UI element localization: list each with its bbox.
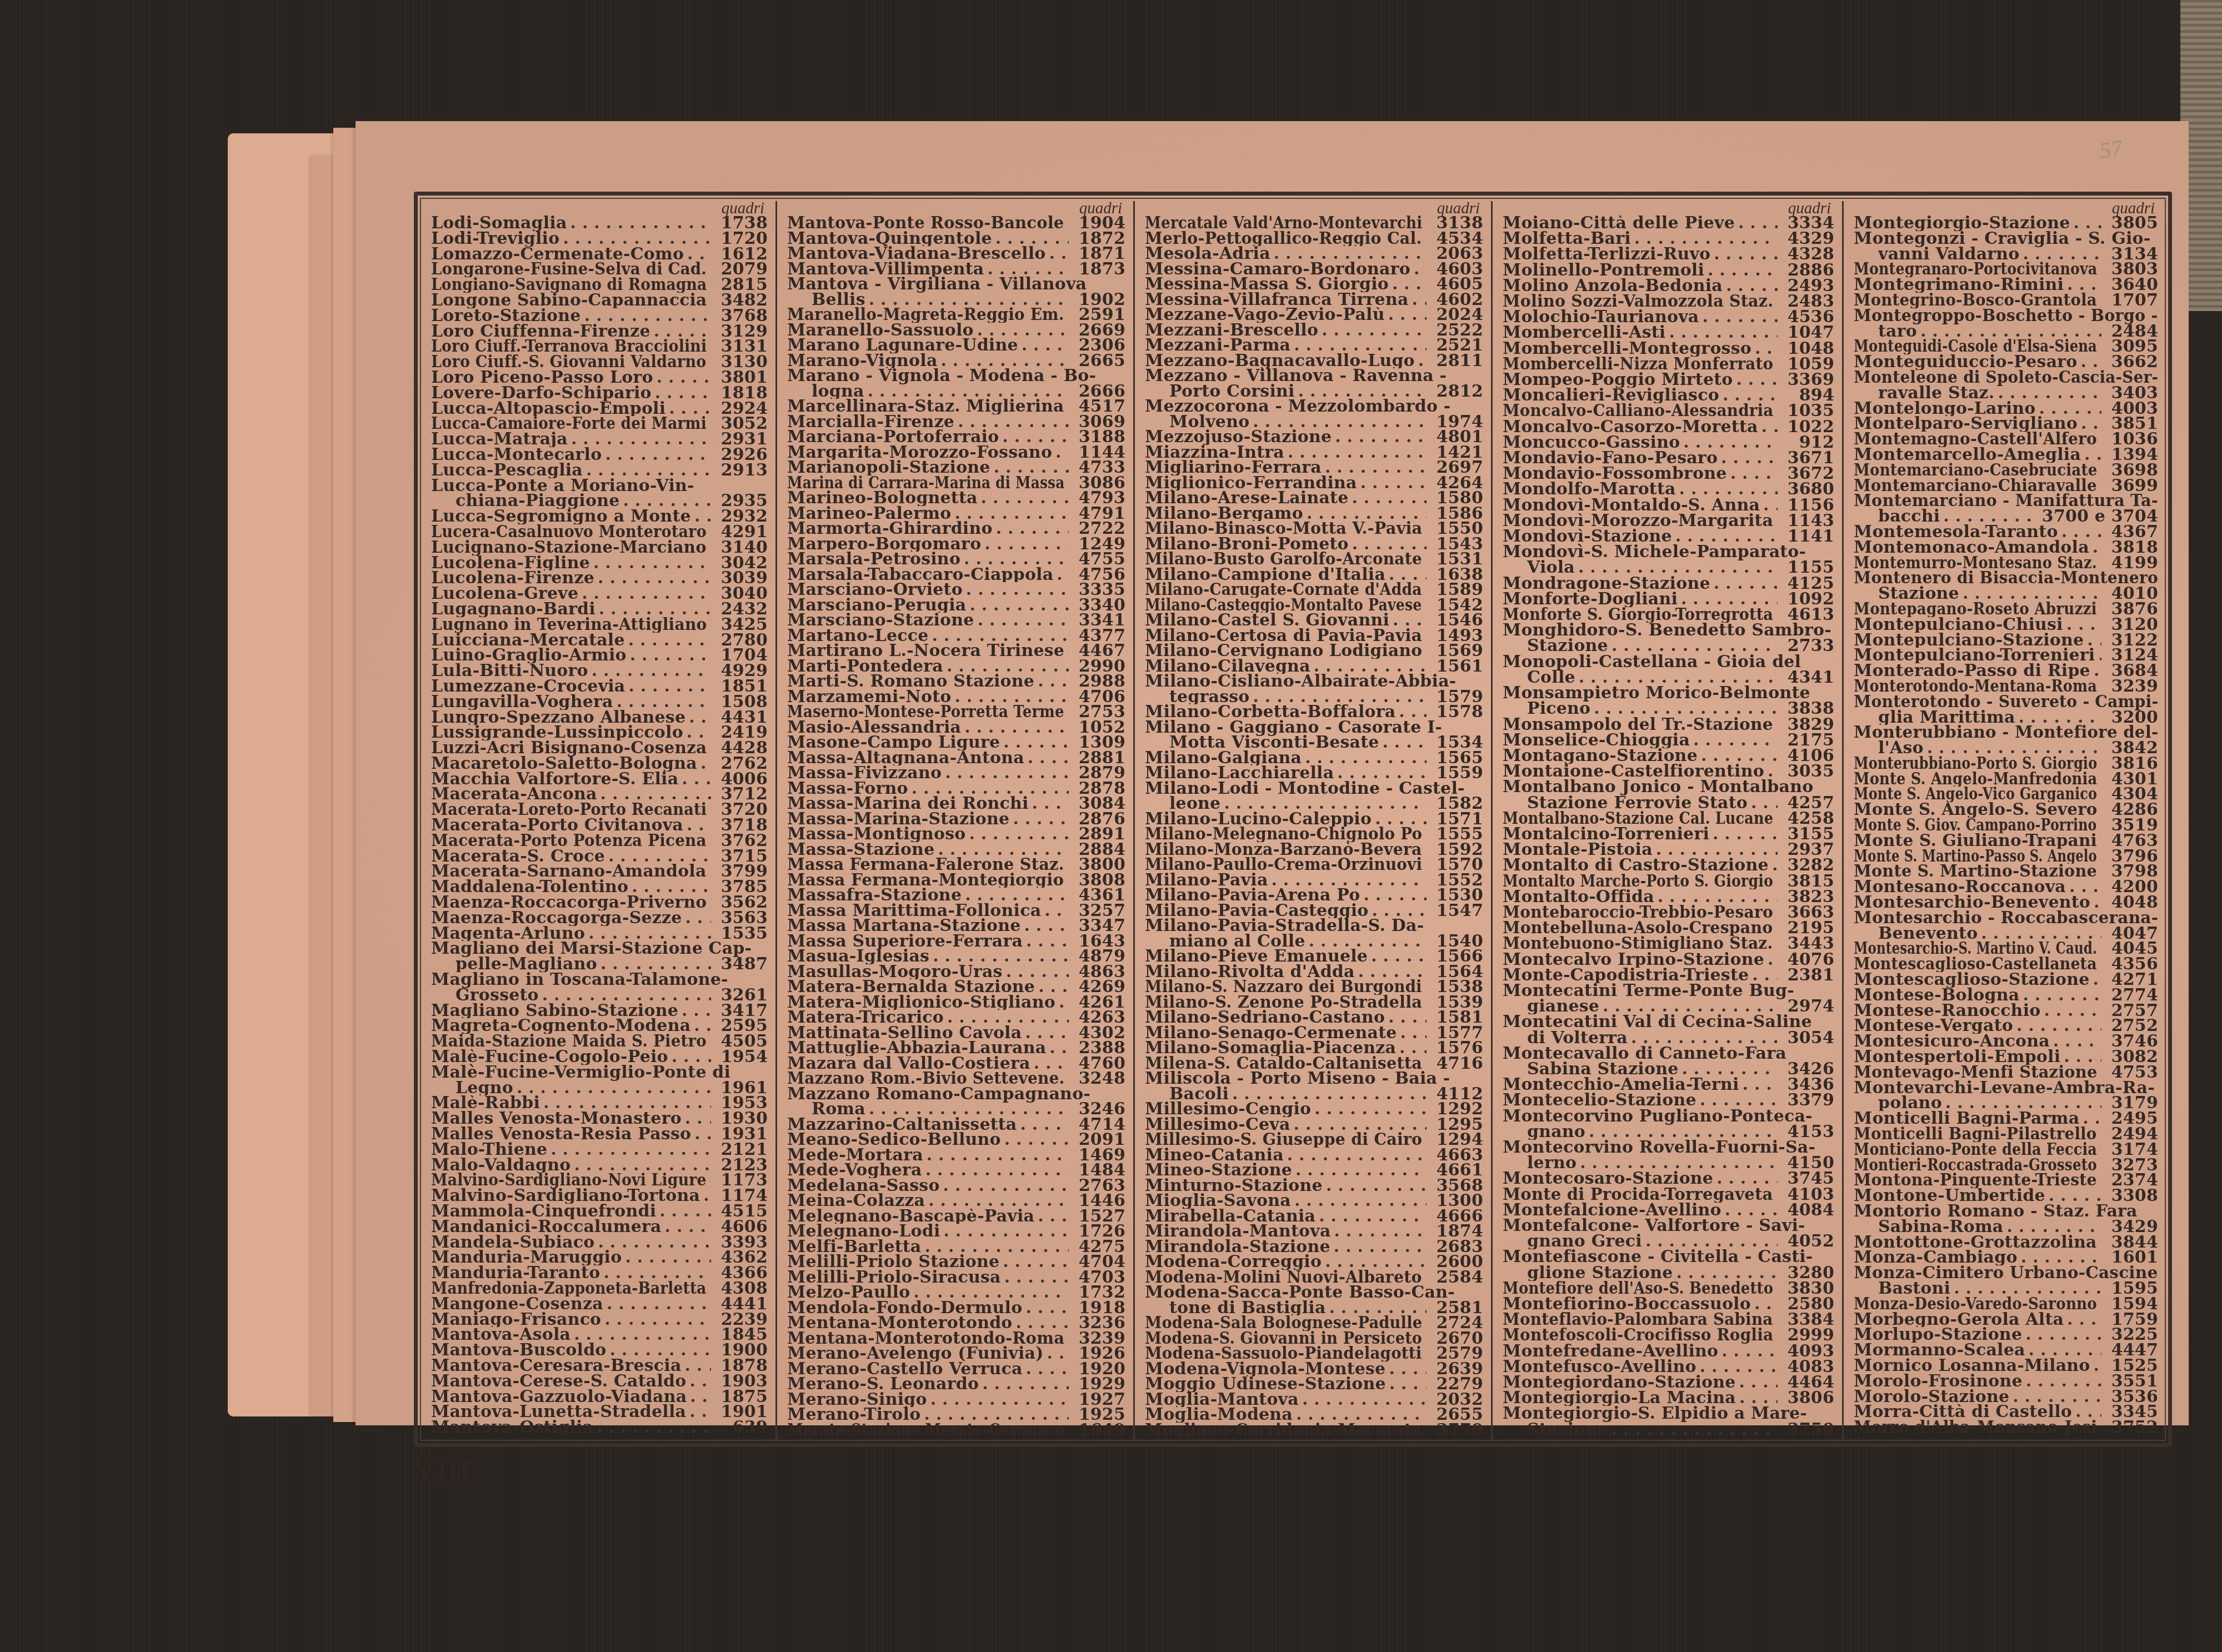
leader-dots [625, 1250, 711, 1265]
station-name: Marciana-Portoferraio [787, 429, 999, 445]
index-entry: Mede-Mortara1469 [787, 1148, 1125, 1163]
leader-dots [1701, 748, 1778, 764]
leader-dots [1232, 1087, 1427, 1102]
station-name: Mezzojuso-Stazione [1145, 429, 1332, 445]
leader-dots [924, 1239, 1069, 1255]
station-name-continued: miano al Colle [1169, 934, 1305, 949]
station-name: Malles Venosta-Resia Passo [431, 1127, 691, 1142]
index-entry: Luicciana-Mercatale2780 [431, 633, 768, 648]
leader-dots [1003, 1254, 1069, 1270]
station-name: Lucignano-Stazione-Marciano [431, 540, 707, 555]
leader-dots [2026, 1374, 2101, 1389]
index-entry: Lucolena-Firenze3039 [431, 570, 768, 586]
index-entry: Milano-Senago-Cermenate1577 [1145, 1025, 1483, 1041]
station-name: Malè-Rabbi [431, 1095, 540, 1111]
index-entry: Lucca-Montecarlo2926 [431, 447, 768, 463]
index-entry: Montefredane-Avellino4093 [1503, 1344, 1834, 1359]
index-entry: Modena-Sacca-Ponte Basso-Can- [1145, 1285, 1483, 1300]
index-entry: Lucca-Segromigno a Monte2932 [431, 509, 768, 524]
index-entry: Lumezzane-Crocevia1851 [431, 679, 768, 694]
station-name: Milano-Monza-Barzanò-Bevera [1145, 842, 1422, 858]
station-name: Martano-Lecce [787, 628, 928, 644]
index-entry: Montegroppo-Boschetto - Borgo - [1854, 308, 2158, 324]
index-entry: Massa Fermana-Montegiorgio3808 [787, 873, 1125, 888]
station-name: Mandela-Subiaco [431, 1235, 594, 1250]
leader-dots [623, 493, 711, 509]
index-entry: Mantova-Lunetta-Stradella1901 [431, 1404, 768, 1420]
station-name-continued: Stazione Ferrovie Stato [1527, 795, 1748, 811]
station-name: Marti-Pontedera [787, 659, 943, 674]
leader-dots [1003, 735, 1069, 750]
leader-dots [1352, 537, 1427, 552]
station-name: Manfredonia-Zapponeta-Barletta [431, 1281, 707, 1296]
leader-dots [1425, 521, 1427, 537]
leader-dots [1920, 324, 2101, 339]
station-name-continued: logna [812, 384, 864, 399]
index-entry: Montecavallo di Canneto-Fara [1503, 1046, 1834, 1062]
index-entry: Montecosaro-Stazione3745 [1503, 1171, 1834, 1187]
station-name: Lugagnano-Bardi [431, 602, 595, 617]
leader-dots [2007, 1219, 2101, 1235]
station-name: Montebuono-Stimigliano Staz. [1503, 936, 1773, 952]
leader-dots [1224, 796, 1427, 812]
leader-dots [543, 1095, 711, 1111]
station-name: Monteleone di Spoleto-Cascia-Ser- [1854, 370, 2158, 386]
station-name: Marsciano-Perugia [787, 598, 966, 613]
station-name: Longarone-Fusine-Selva di Cad. [431, 262, 707, 277]
leader-dots [966, 582, 1069, 598]
index-entry: Montecatini Val di Cecina-Saline [1503, 1014, 1834, 1030]
station-name: Molino Anzola-Bedonia [1503, 278, 1723, 294]
station-name: Montenero di Bisaccia-Montenero [1854, 570, 2158, 586]
station-name: Monterotondo - Suvereto - Campi- [1854, 694, 2158, 710]
index-entry: Milano-S. Zenone Po-Stradella1539 [1145, 995, 1483, 1010]
station-name: Mesola-Adria [1145, 246, 1270, 262]
leader-dots [1325, 460, 1427, 475]
index-entry: Mineo-Stazione4661 [1145, 1163, 1483, 1178]
leader-dots [710, 1281, 711, 1296]
leader-dots [1425, 842, 1427, 858]
index-entry: Marciana-Portoferraio3188 [787, 429, 1125, 445]
station-name: Medelana-Sasso [787, 1178, 940, 1194]
leader-dots [1002, 429, 1069, 445]
station-name: Mogliano-Corridonia-Macerata [1145, 1423, 1422, 1438]
leader-dots [1400, 1025, 1427, 1041]
index-entry-continuation: tone di Bastiglia2581 [1145, 1300, 1483, 1316]
leader-dots [1068, 1423, 1069, 1438]
station-name: Monza-Cimitero Urbano-Cascine [1854, 1265, 2158, 1281]
index-entry: Mezzani-Parma2521 [1145, 338, 1483, 353]
station-name: Lucolena-Figline [431, 555, 590, 571]
leader-dots [994, 460, 1069, 475]
station-name: Moncalieri-Revigliasco [1503, 388, 1719, 403]
station-name: Monte S. Angelo-S. Severo [1854, 802, 2097, 818]
leader-dots [981, 490, 1069, 506]
station-name: Mineo-Catania [1145, 1148, 1284, 1163]
index-entry: Massa-Forno2878 [787, 781, 1125, 797]
leader-dots [597, 1420, 711, 1435]
station-name: Massa-Stazione [787, 842, 934, 858]
station-name: Montelparo-Servigliano [1854, 416, 2078, 432]
station-name: Milano-Bergamo [1145, 506, 1303, 522]
leader-dots [703, 1188, 711, 1204]
index-entry: Massa Marittima-Follonica3257 [787, 903, 1125, 919]
station-name: Monte S. Martino-Passo S. Angelo [1854, 849, 2097, 864]
index-entry: Marpero-Borgomaro1249 [787, 537, 1125, 552]
index-entry: Milano-Arese-Lainate1580 [1145, 490, 1483, 506]
index-column-2: quadri Mantova-Ponte Rosso-Bancole1904Ma… [777, 201, 1133, 1440]
station-name: Meina-Colazza [787, 1193, 925, 1209]
station-name: Marano Lagunare-Udine [787, 338, 1018, 353]
leader-dots [1375, 812, 1427, 827]
quadro-number: 2913 [714, 463, 768, 478]
index-entry: Mirandola-Stazione2683 [1145, 1239, 1483, 1255]
station-name: Mezzano - Villanova - Ravenna - [1145, 368, 1447, 384]
station-name: Mezzani-Parma [1145, 338, 1290, 353]
leader-dots [1068, 216, 1069, 231]
index-entry: Marsciano-Perugia3340 [787, 598, 1125, 613]
index-entry: Medelana-Sasso2763 [787, 1178, 1125, 1194]
station-name: Montegiorgio-S. Elpidio a Mare- [1503, 1406, 1807, 1421]
leader-dots [2081, 416, 2101, 432]
index-entry: Mandanici-Roccalumera4606 [431, 1219, 768, 1235]
leader-dots [694, 509, 711, 524]
station-name: Malvino-Sardigliano-Tortona [431, 1188, 700, 1204]
station-name: Montemagno-Castell'Alfero [1854, 432, 2097, 447]
index-entry: Milano-Castel S. Giovanni1546 [1145, 613, 1483, 628]
leader-dots [1389, 567, 1427, 583]
leader-dots [687, 818, 711, 833]
station-name: Melfi-Barletta [787, 1239, 921, 1255]
station-name: Merano-Sinigo [787, 1392, 927, 1408]
index-entry: Montagano-Stazione4106 [1503, 748, 1834, 764]
station-name: Modena-Sala Bolognese-Padulle [1145, 1315, 1422, 1331]
station-name: Lucca-Montecarlo [431, 447, 602, 463]
station-name: Marineo-Bolognetta [787, 490, 978, 506]
index-entry: Marzamemi-Noto4706 [787, 689, 1125, 705]
leader-dots [1057, 567, 1069, 583]
station-name: Monticelli Bagni-Parma [1854, 1111, 2079, 1127]
leader-dots [925, 1163, 1069, 1178]
index-entry-continuation: Motta Visconti-Besate1534 [1145, 735, 1483, 750]
leader-dots [1945, 1095, 2101, 1111]
station-name: Mirandola-Stazione [1145, 1239, 1330, 1255]
leader-dots [1004, 1270, 1069, 1285]
leader-dots [1776, 294, 1778, 309]
station-name: Montegrimano-Rimini [1854, 277, 2064, 293]
station-name: Mormanno-Scalea [1854, 1343, 2025, 1358]
index-entry: Milano-Rivolta d'Adda1564 [1145, 964, 1483, 980]
leader-dots [978, 613, 1069, 628]
station-name: Montesarchio - Roccabascerana- [1854, 910, 2158, 926]
leader-dots [710, 277, 711, 293]
index-entry: Molochio-Taurianova4536 [1503, 309, 1834, 325]
index-entry: Marmorta-Ghirardino2722 [787, 521, 1125, 537]
index-entry: Manfredonia-Zapponeta-Barletta4308 [431, 1281, 768, 1296]
station-name: Mornico Losanna-Milano [1854, 1358, 2090, 1374]
station-name: Macaretolo-Saletto-Bologna [431, 756, 697, 772]
station-name: Morro d'Alba-Monsano-Jesi [1854, 1420, 2097, 1435]
station-name: Milano-Arese-Lainate [1145, 490, 1348, 506]
leader-dots [1389, 1361, 1427, 1377]
station-name: Longiano-Savignano di Romagna [431, 277, 707, 293]
station-name: Mombercelli-Nizza Monferrato [1503, 357, 1773, 372]
station-name: Monte di Procida-Torregaveta [1503, 1187, 1773, 1203]
station-name: Marsciano-Stazione [787, 613, 974, 628]
station-name: Mantova-Ostiglia [431, 1420, 593, 1435]
index-entry: Loro Ciuff.-S. Giovanni Valdarno3130 [431, 354, 768, 370]
leader-dots [969, 827, 1069, 842]
index-entry: Moglia-Mantova2032 [1145, 1392, 1483, 1408]
index-entry: Mondragone-Stazione4125 [1503, 576, 1834, 592]
leader-dots [964, 552, 1069, 567]
leader-dots [689, 710, 711, 725]
index-entry: Mantova - Virgiliana - Villanova [787, 277, 1125, 292]
leader-dots [2093, 972, 2101, 988]
index-entry: Migliarino-Ferrara2697 [1145, 460, 1483, 475]
station-name: Montottone-Grottazzolina [1854, 1235, 2097, 1250]
station-name: Montesarchio-S. Martino V. Caud. [1854, 941, 2097, 957]
index-entry: Moglia-Modena2655 [1145, 1407, 1483, 1423]
quadro-number: 3054 [1781, 1030, 1834, 1046]
leader-dots [1026, 934, 1069, 949]
station-name-continued: Grosseto [456, 988, 539, 1003]
station-name: Mandanici-Roccalumera [431, 1219, 662, 1235]
station-name: Marpero-Borgomaro [787, 537, 981, 552]
leader-dots [2053, 1034, 2101, 1049]
column-header-quadri: quadri [787, 201, 1125, 216]
leader-dots [687, 725, 711, 740]
leader-dots [2083, 1111, 2101, 1127]
leader-dots [710, 895, 711, 910]
index-entry: Mondavio-Fano-Pesaro3671 [1503, 450, 1834, 466]
index-entry: Monsampolo del Tr.-Stazione3829 [1503, 717, 1834, 733]
index-entry: Milano-Busto Garolfo-Arconate1531 [1145, 552, 1483, 567]
station-name: Mantova-Cerese-S. Cataldo [431, 1374, 686, 1389]
station-name: Malvino-Sardigliano-Novi Ligure [431, 1173, 707, 1188]
index-entry: Melzo-Paullo1732 [787, 1285, 1125, 1300]
leader-dots [1302, 1392, 1427, 1408]
station-name: Mantova-Viadana-Brescello [787, 246, 1045, 262]
index-entry: Mantova-Ceresara-Brescia1878 [431, 1358, 768, 1374]
index-entry: Mezzano - Villanova - Ravenna - [1145, 368, 1483, 384]
leader-dots [1013, 812, 1069, 827]
station-name: Monopoli-Castellana - Gioia del [1503, 654, 1801, 670]
station-name: Montescaglioso-Castellaneta [1854, 957, 2097, 972]
station-name: Montecorvino Rovella-Fuorni-Sa- [1503, 1140, 1815, 1155]
leader-dots [682, 1003, 711, 1019]
station-name: Montebaroccio-Trebbio-Pesaro [1503, 905, 1773, 920]
station-name: Massa-Forno [787, 781, 908, 797]
leader-dots [574, 1158, 712, 1173]
leader-dots [930, 1392, 1069, 1408]
station-name: Montese-Vergato [1854, 1018, 2013, 1034]
leader-dots [574, 1327, 711, 1343]
leader-dots [1693, 733, 1778, 748]
station-name: Milano-Cervignano Lodigiano [1145, 643, 1422, 659]
index-entry: Lucca-Ponte a Moriano-Vin- [431, 478, 768, 494]
station-name: Montepulciano-Chiusi [1854, 617, 2063, 633]
index-entry: Monopoli-Castellana - Gioia del [1503, 654, 1834, 670]
index-entry: Marano Lagunare-Udine2306 [787, 338, 1125, 353]
leader-dots [617, 694, 711, 710]
leader-dots [2100, 802, 2101, 818]
leader-dots [628, 633, 711, 648]
leader-dots [542, 988, 711, 1003]
leader-dots [1679, 482, 1778, 497]
station-name: Modena-Sacca-Ponte Basso-Can- [1145, 1285, 1455, 1300]
station-name: Matera-Bernalda Stazione [787, 979, 1035, 995]
leader-dots [1776, 1187, 1778, 1203]
leader-dots [2100, 941, 2101, 957]
station-name: Lucca-Ponte a Moriano-Vin- [431, 478, 694, 494]
index-entry-continuation: Piceno3838 [1503, 701, 1834, 717]
leader-dots [1388, 1010, 1427, 1025]
station-name: Lucca-Segromigno a Monte [431, 509, 691, 524]
leader-dots [655, 386, 711, 401]
leader-dots [2100, 772, 2101, 787]
leader-dots [632, 879, 711, 895]
leader-dots [1038, 1209, 1069, 1224]
station-name: Luino-Graglio-Armio [431, 648, 627, 663]
station-name: Lodi-Treviglio [431, 231, 559, 247]
leader-dots [2100, 1142, 2101, 1158]
leader-dots [1425, 598, 1427, 613]
station-name: Massa Fermana-Falerone Staz. [787, 857, 1064, 873]
leader-dots [710, 262, 711, 277]
leader-dots [1068, 704, 1069, 720]
leader-dots [1024, 918, 1069, 934]
index-entry: Lugagnano-Bardi2432 [431, 602, 768, 617]
leader-dots [659, 1204, 711, 1219]
leader-dots [657, 370, 711, 386]
station-name: Molino Sozzi-Valmozzola Staz. [1503, 294, 1773, 309]
leader-dots [710, 416, 711, 432]
station-name: Minturno-Stazione [1145, 1178, 1323, 1194]
index-entry: Mercatale Vald'Arno-Montevarchi3138 [1145, 216, 1483, 231]
station-name: Mantova-Gazzuolo-Viadana [431, 1389, 687, 1405]
station-name: Mantova-Lunetta-Stradella [431, 1404, 686, 1420]
index-entry: Morro d'Alba-Monsano-Jesi3752 [1854, 1420, 2158, 1435]
station-name: Montese-Bologna [1854, 988, 2019, 1003]
index-entry: Montefiascone - Civitella - Casti- [1503, 1249, 1834, 1265]
station-name: Mondovì-S. Michele-Pamparato- [1503, 544, 1806, 560]
station-name: Melegnano-Lodi [787, 1224, 940, 1239]
leader-dots [869, 292, 1069, 308]
station-name-continued: lerno [1527, 1155, 1577, 1171]
leader-dots [2100, 1158, 2101, 1173]
station-name: Marcialla-Firenze [787, 414, 954, 430]
station-name: Modena-Molini Nuovi-Albareto [1145, 1270, 1422, 1285]
leader-dots [710, 740, 711, 756]
index-entry: Masua-Iglesias4879 [787, 949, 1125, 964]
index-entry: Malles Venosta-Resia Passo1931 [431, 1127, 768, 1142]
index-entry: Longone Sabino-Capannaccia3482 [431, 293, 768, 308]
leader-dots [1399, 1040, 1427, 1056]
leader-dots [1388, 307, 1427, 323]
index-entry-continuation: Bellis1902 [787, 292, 1125, 308]
index-entry: Macerata-Porto Potenza Picena3762 [431, 833, 768, 849]
leader-dots [1714, 247, 1778, 262]
leader-dots [954, 689, 1069, 705]
leader-dots [1287, 1148, 1427, 1163]
leader-dots [1738, 216, 1778, 231]
station-name: Milano-Binasco-Motta V.-Pavia [1145, 521, 1422, 537]
leader-dots [1751, 795, 1778, 811]
index-entry: Magliano in Toscana-Talamone- [431, 972, 768, 988]
leader-dots [2100, 339, 2101, 354]
leader-dots [1006, 964, 1069, 980]
station-name: Montalbano-Stazione Cal. Lucane [1503, 811, 1773, 827]
station-name-continued: tone di Bastiglia [1169, 1300, 1326, 1316]
index-entry: Macerata-Ancona3712 [431, 787, 768, 802]
index-entry: Miliscola - Porto Miseno - Baia - [1145, 1071, 1483, 1087]
leader-dots [1776, 811, 1778, 827]
station-name: Matera-Tricarico [787, 1010, 944, 1025]
index-entry: Mombercelli-Nizza Monferrato1059 [1503, 357, 1834, 372]
station-name: Milena-S. Cataldo-Caltanisetta [1145, 1056, 1422, 1072]
leader-dots [665, 1219, 711, 1235]
station-name-continued: taro [1878, 324, 1917, 339]
station-name: Merano-Avelengo (Funivia) [787, 1346, 1044, 1361]
station-name: Monte S. Martino-Stazione [1854, 864, 2097, 879]
leader-dots [2064, 1049, 2101, 1065]
leader-dots [933, 949, 1069, 964]
leader-dots [1669, 325, 1778, 341]
index-entry: Maenza-Roccacorga-Priverno3562 [431, 895, 768, 910]
station-name: Maenza-Roccacorga-Priverno [431, 895, 707, 910]
index-entry: Marti-Pontedera2990 [787, 659, 1125, 674]
index-entry: Malo-Thiene2121 [431, 1142, 768, 1158]
index-entry-continuation: Stazione Ferrovie Stato4257 [1503, 795, 1834, 811]
leader-dots [1736, 372, 1778, 388]
index-entry-continuation: Roma3246 [787, 1102, 1125, 1117]
station-name: Monterado-Passo di Ripe [1854, 663, 2090, 679]
leader-dots [1743, 1077, 1778, 1093]
index-entry: Mendola-Fondo-Dermulo1918 [787, 1300, 1125, 1316]
station-name: Montecorvino Pugliano-Ponteca- [1503, 1109, 1813, 1124]
index-entry: Montefusco-Avellino4083 [1503, 1359, 1834, 1375]
index-entry: Milano-Lucino-Caleppio1571 [1145, 812, 1483, 827]
leader-dots [2066, 617, 2101, 633]
leader-dots [1392, 277, 1427, 292]
station-name: Mantova-Asola [431, 1327, 570, 1343]
index-entry: Monteleone di Spoleto-Cascia-Ser- [1854, 370, 2158, 386]
leader-dots [694, 1127, 711, 1142]
station-name: Massafra-Stazione [787, 888, 962, 903]
leader-dots [1425, 979, 1427, 995]
station-name: Moglia-Modena [1145, 1407, 1293, 1423]
station-name: Massa Superiore-Ferrara [787, 934, 1023, 949]
station-name: Mirandola-Mantova [1145, 1224, 1331, 1239]
station-name: Monghidoro-S. Benedetto Sambro- [1503, 623, 1831, 638]
leader-dots [1768, 952, 1778, 968]
station-name: Massa-Altagnana-Antona [787, 750, 1024, 766]
index-entry: Montegiorgio-S. Elpidio a Mare- [1503, 1406, 1834, 1421]
station-name: Massa-Marina-Stazione [787, 812, 1009, 827]
leader-dots [965, 888, 1069, 903]
leader-dots [2069, 879, 2101, 895]
index-entry: Lovere-Darfo-Schipario1818 [431, 386, 768, 401]
station-name: Moncalvo-Calliano-Alessandria [1503, 403, 1773, 419]
station-name: Marianopoli-Stazione [787, 460, 990, 475]
station-name: Montespertoli-Empoli [1854, 1049, 2060, 1065]
station-name: Lucera-Casalnuovo Monterotaro [431, 524, 707, 540]
leader-dots [1425, 995, 1427, 1010]
index-entry: Lula-Bitti-Nuoro4929 [431, 663, 768, 679]
leader-dots [710, 524, 711, 540]
station-name: Merate-Stazione Merate-Cernusco [787, 1423, 1064, 1438]
